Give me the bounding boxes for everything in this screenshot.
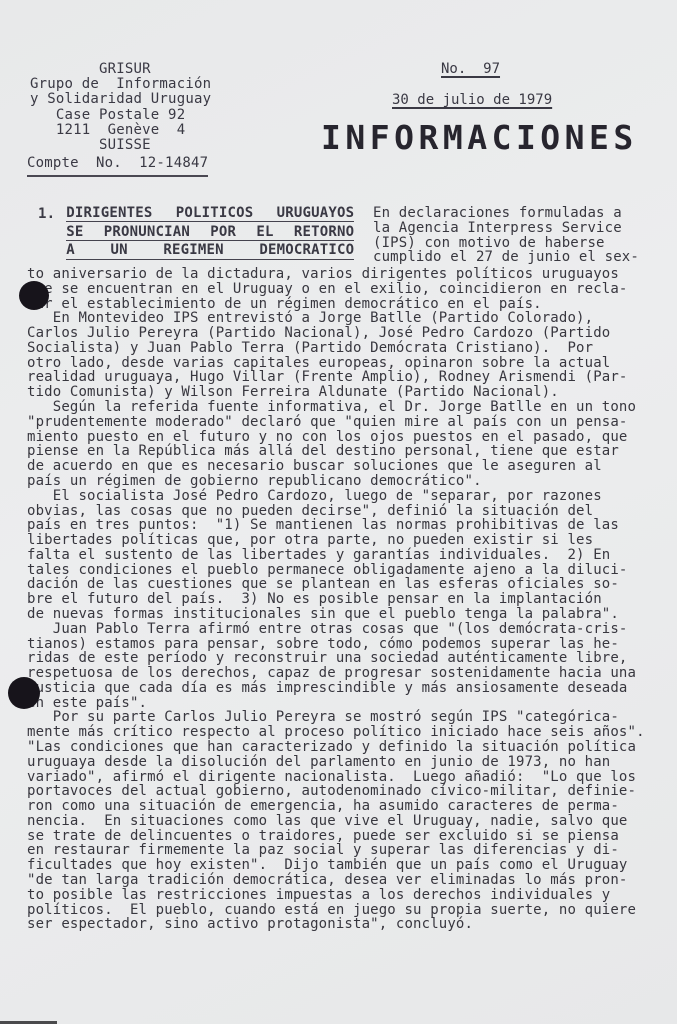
heading-line: DIRIGENTES POLITICOS URUGUAYOS bbox=[66, 206, 354, 222]
article-body: to aniversario de la dictadura, varios d… bbox=[27, 267, 657, 932]
article-heading: 1. DIRIGENTES POLITICOS URUGUAYOS SE PRO… bbox=[38, 206, 354, 262]
article-number: 1. bbox=[38, 206, 55, 222]
hole-punch-bottom bbox=[8, 677, 40, 709]
heading-line: SE PRONUNCIAN POR EL RETORNO bbox=[66, 225, 354, 241]
article-lead-column: En declaraciones formuladas a la Agencia… bbox=[373, 206, 663, 265]
heading-line: A UN REGIMEN DEMOCRATICO bbox=[66, 243, 354, 259]
org-address-block: GRISUR Grupo de Información y Solidarida… bbox=[30, 62, 211, 153]
hole-punch-top bbox=[19, 281, 49, 310]
issue-date: 30 de julio de 1979 bbox=[392, 92, 552, 108]
article-heading-lines: DIRIGENTES POLITICOS URUGUAYOS SE PRONUN… bbox=[66, 206, 354, 262]
scanned-newsletter-page: GRISUR Grupo de Información y Solidarida… bbox=[0, 0, 677, 1024]
account-number: Compte No. 12-14847 bbox=[27, 155, 208, 177]
newsletter-title: INFORMACIONES bbox=[321, 118, 638, 157]
issue-number: No. 97 bbox=[441, 61, 500, 77]
